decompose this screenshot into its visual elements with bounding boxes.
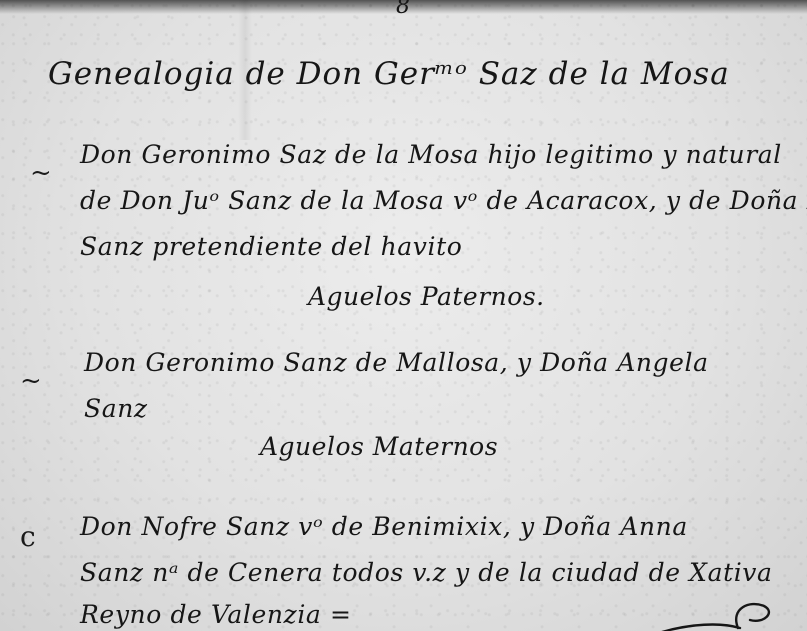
signature-flourish-icon [660, 598, 780, 631]
margin-marker: ~ [20, 366, 42, 396]
margin-marker: c [20, 520, 36, 553]
maternal-line-1: Don Nofre Sanz vᵒ de Benimixix, y Doña A… [80, 512, 688, 541]
margin-marker: ~ [30, 158, 52, 188]
paternal-line-2: Sanz [84, 394, 148, 423]
claimant-line-1: Don Geronimo Saz de la Mosa hijo legitim… [80, 140, 782, 169]
section-heading-maternal-grandparents: Aguelos Maternos [260, 432, 498, 461]
claimant-line-3: Sanz pretendiente del havito [80, 232, 462, 261]
maternal-line-2: Sanz nᵃ de Cenera todos v.z y de la ciud… [80, 558, 773, 587]
paternal-line-1: Don Geronimo Sanz de Mallosa, y Doña Ang… [84, 348, 709, 377]
section-heading-paternal-grandparents: Aguelos Paternos. [308, 282, 545, 311]
document-title: Genealogia de Don Gerᵐᵒ Saz de la Mosa [48, 56, 730, 92]
maternal-line-3: Reyno de Valenzia = [80, 600, 352, 629]
manuscript-page: 8 Genealogia de Don Gerᵐᵒ Saz de la Mosa… [0, 0, 807, 631]
page-number-mark: 8 [396, 0, 411, 19]
claimant-line-2: de Don Juᵒ Sanz de la Mosa vᵒ de Acaraco… [80, 186, 807, 215]
